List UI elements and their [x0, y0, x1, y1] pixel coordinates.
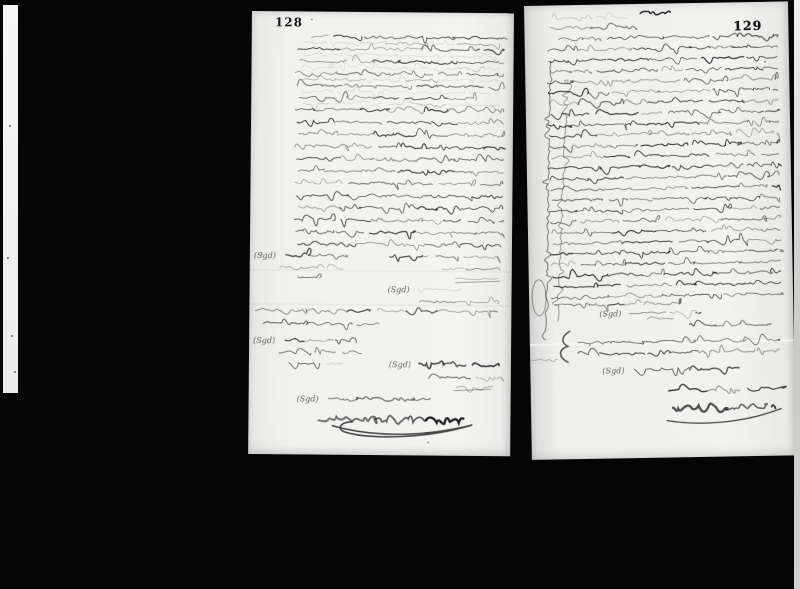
handwriting-stroke	[641, 112, 662, 115]
handwriting-stroke	[286, 248, 311, 257]
handwriting-stroke	[419, 301, 455, 303]
handwriting-stroke	[309, 254, 348, 259]
handwriting-stroke	[454, 171, 471, 173]
handwriting-stroke	[554, 283, 598, 288]
handwriting-stroke	[295, 108, 315, 110]
handwriting-stroke	[442, 268, 468, 270]
handwriting-stroke	[297, 157, 340, 161]
handwriting-stroke	[499, 220, 503, 221]
handwriting-stroke	[382, 71, 433, 78]
handwriting-stroke	[294, 214, 335, 226]
handwriting-stroke	[451, 232, 477, 235]
handwriting-stroke	[684, 76, 728, 84]
handwriting-stroke	[595, 12, 628, 19]
handwriting-stroke	[429, 374, 470, 379]
handwriting-stroke	[327, 363, 343, 364]
handwriting-stroke	[461, 243, 501, 249]
handwriting-stroke	[728, 171, 770, 180]
handwriting-stroke	[656, 228, 706, 233]
handwriting-stroke	[437, 85, 465, 87]
handwriting-stroke	[371, 218, 422, 222]
handwriting-stroke	[639, 164, 669, 168]
handwriting-stroke	[413, 36, 455, 44]
handwriting-stroke	[373, 60, 400, 63]
handwriting-stroke	[377, 308, 407, 312]
handwriting-stroke	[588, 91, 609, 98]
sgd-token: (Sgd)	[388, 285, 410, 294]
handwriting-stroke	[315, 348, 335, 354]
film-streak	[249, 303, 511, 307]
handwriting-stroke	[333, 35, 361, 41]
handwriting-stroke	[653, 197, 707, 204]
handwriting-stroke	[597, 130, 652, 136]
handwriting-stroke	[422, 45, 480, 52]
handwriting-stroke	[709, 100, 744, 104]
handwriting-stroke	[623, 208, 649, 212]
adjacent-page-edge	[3, 5, 18, 393]
handwriting-stroke	[740, 320, 771, 326]
handwriting-stroke	[298, 205, 341, 211]
handwriting-stroke	[628, 251, 671, 258]
handwriting-stroke	[394, 159, 417, 161]
handwriting-stroke	[422, 220, 444, 225]
handwriting-stroke	[572, 250, 627, 255]
handwriting-stroke	[664, 268, 717, 277]
handwriting-stroke	[744, 334, 781, 345]
handwriting-stroke	[329, 397, 358, 401]
dust-speck	[14, 371, 16, 373]
handwriting-stroke	[605, 188, 631, 190]
handwriting-stroke	[364, 75, 405, 83]
handwriting-stroke	[303, 90, 333, 93]
handwriting-stroke	[684, 173, 726, 180]
handwriting-stroke	[588, 177, 624, 184]
handwriting-stroke	[578, 98, 623, 109]
handwriting-stroke	[608, 273, 642, 277]
record-page-left: 128 (Sgd) (Sgd) (Sgd) (Sgd) (Sgd)	[248, 11, 514, 456]
handwriting-stroke	[576, 207, 601, 212]
handwriting-stroke	[357, 397, 415, 402]
handwriting-stroke	[343, 351, 362, 354]
handwriting-stroke	[401, 143, 426, 149]
ink-speck	[764, 61, 766, 63]
handwriting-stroke	[559, 37, 583, 41]
handwriting-stroke	[597, 69, 623, 73]
flourish-loop	[532, 280, 547, 316]
handwriting-stroke	[472, 195, 502, 198]
handwriting-stroke	[352, 55, 375, 63]
handwriting-stroke	[713, 87, 770, 97]
handwriting-stroke	[772, 405, 776, 409]
handwriting-stroke	[300, 60, 347, 63]
handwriting-stroke	[478, 232, 504, 238]
handwriting-stroke	[413, 232, 452, 238]
handwriting-stroke	[780, 250, 783, 252]
handwriting-stroke	[312, 35, 329, 38]
handwriting-stroke	[304, 339, 333, 342]
handwriting-stroke	[374, 131, 416, 136]
handwriting-stroke	[686, 67, 722, 73]
handwriting-stroke	[631, 186, 688, 190]
handwriting-stroke	[495, 92, 500, 94]
handwriting-stroke	[448, 109, 464, 113]
ink-speck	[427, 442, 429, 444]
handwriting-stroke	[551, 220, 576, 226]
dust-speck	[11, 335, 13, 337]
handwriting-stroke	[297, 118, 334, 127]
handwriting-stroke	[360, 109, 389, 112]
handwriting-stroke	[740, 260, 781, 263]
handwriting-stroke	[375, 47, 423, 51]
handwriting-stroke	[552, 151, 604, 159]
ink-speck	[261, 253, 263, 255]
handwriting-stroke	[390, 255, 423, 262]
handwriting-stroke	[573, 303, 590, 308]
handwriting-stroke	[772, 185, 780, 190]
handwriting-stroke	[459, 67, 485, 72]
handwriting-stroke	[773, 89, 777, 90]
handwriting-stroke	[399, 60, 457, 64]
handwriting-stroke	[730, 206, 757, 210]
handwriting-stroke	[549, 166, 602, 172]
handwriting-stroke	[414, 398, 431, 400]
handwriting-stroke	[364, 36, 412, 39]
handwriting-stroke	[705, 196, 760, 201]
handwriting-stroke	[714, 268, 773, 274]
handwriting-stroke	[448, 133, 503, 137]
handwriting-stroke	[611, 144, 638, 148]
film-edge-strip	[794, 0, 800, 589]
handwriting-stroke	[461, 205, 502, 212]
handwriting-stroke	[549, 129, 597, 138]
handwriting-stroke	[439, 88, 491, 94]
handwriting-stroke	[456, 301, 488, 305]
handwriting-stroke	[423, 195, 472, 201]
handwriting-stroke	[346, 143, 372, 148]
handwriting-stroke	[713, 163, 743, 169]
handwriting-stroke	[570, 120, 626, 131]
handwriting-stroke	[499, 63, 503, 64]
handwriting-stroke	[349, 182, 399, 190]
handwriting-stroke	[681, 154, 709, 157]
handwriting-stroke	[581, 219, 619, 223]
handwriting-stroke	[670, 311, 697, 319]
handwriting-stroke	[741, 292, 778, 295]
handwriting-stroke	[711, 224, 761, 231]
handwriting-stroke	[692, 139, 741, 146]
handwriting-stroke	[662, 294, 689, 297]
handwriting-stroke	[467, 268, 500, 271]
handwriting-stroke	[769, 121, 778, 123]
handwriting-stroke	[488, 82, 504, 90]
handwriting-stroke	[630, 198, 652, 201]
handwriting-stroke	[658, 89, 710, 93]
handwriting-stroke	[336, 231, 364, 237]
handwriting-stroke	[732, 45, 758, 48]
handwriting-stroke	[725, 67, 763, 70]
handwriting-stroke	[672, 165, 712, 171]
handwriting-stroke	[747, 239, 777, 245]
handwriting-stroke	[456, 278, 499, 280]
handwriting-stroke	[467, 73, 498, 76]
handwriting-stroke	[692, 185, 739, 188]
handwriting-stroke	[465, 106, 504, 113]
handwriting-stroke	[358, 51, 398, 56]
handwriting-stroke	[376, 158, 394, 161]
handwriting-stroke	[716, 150, 755, 156]
handwriting-stroke	[348, 194, 391, 200]
handwriting-stroke	[418, 289, 461, 293]
handwriting-stroke	[668, 109, 721, 119]
handwriting-stroke	[626, 121, 649, 126]
handwriting-stroke	[602, 210, 623, 215]
handwriting-stroke	[443, 362, 466, 367]
handwriting-stroke	[708, 386, 740, 394]
handwriting-stroke	[662, 66, 683, 71]
handwriting-stroke	[298, 47, 340, 50]
handwriting-stroke	[423, 256, 428, 257]
handwriting-stroke	[633, 44, 691, 55]
handwriting-stroke	[721, 216, 766, 222]
handwriting-stroke	[760, 206, 779, 209]
handwriting-stroke	[600, 352, 645, 355]
handwriting-stroke	[608, 58, 648, 61]
handwriting-stroke	[457, 61, 499, 64]
handwriting-stroke	[690, 365, 739, 374]
handwriting-stroke	[750, 249, 778, 252]
handwriting-stroke	[306, 309, 347, 314]
handwriting-stroke	[406, 244, 424, 250]
handwriting-stroke	[665, 216, 722, 223]
handwriting-stroke	[532, 359, 557, 362]
handwriting-stroke	[334, 121, 381, 124]
handwriting-stroke	[696, 312, 701, 313]
handwriting-stroke	[419, 104, 446, 108]
handwriting-stroke	[762, 154, 779, 156]
handwriting-stroke	[690, 46, 710, 49]
handwriting-stroke	[689, 294, 721, 300]
handwriting-stroke	[747, 162, 781, 169]
handwriting-stroke	[464, 256, 499, 259]
sgd-token: (Sgd)	[297, 394, 319, 403]
handwriting-stroke	[375, 416, 427, 425]
handwriting-stroke	[604, 155, 630, 158]
handwriting-stroke	[600, 165, 641, 174]
handwriting-stroke	[738, 140, 777, 146]
handwriting-stroke	[551, 109, 589, 120]
handwriting-stroke	[550, 146, 572, 152]
handwriting-stroke	[552, 13, 592, 21]
handwriting-stroke	[304, 51, 358, 58]
handwriting-stroke	[550, 176, 588, 182]
handwriting-stroke	[710, 46, 735, 49]
dust-speck	[9, 125, 11, 127]
handwriting-stroke	[417, 155, 454, 163]
handwriting-stroke	[649, 130, 689, 135]
handwriting-stroke	[650, 122, 699, 128]
sgd-token: (Sgd)	[254, 251, 276, 260]
handwriting-stroke	[383, 89, 439, 94]
handwriting-stroke	[347, 96, 373, 100]
handwriting-stroke	[416, 129, 447, 139]
handwriting-stroke	[406, 79, 438, 83]
handwriting-stroke	[427, 40, 454, 45]
handwriting-stroke	[612, 90, 660, 97]
handwriting-stroke	[476, 377, 504, 381]
handwriting-stroke	[314, 108, 363, 112]
handwriting-stroke	[405, 95, 447, 100]
handwriting-stroke	[457, 43, 500, 49]
sgd-token: (Sgd)	[602, 366, 624, 375]
handwriting-stroke	[373, 63, 427, 71]
handwriting-stroke	[634, 150, 663, 156]
handwriting-stroke	[777, 140, 780, 144]
handwriting-stroke	[578, 348, 599, 355]
handwriting-stroke	[280, 264, 324, 270]
handwriting-stroke	[379, 143, 401, 148]
handwriting-stroke	[426, 417, 464, 424]
handwriting-stroke	[303, 63, 333, 70]
handwriting-stroke	[723, 293, 740, 296]
handwriting-stroke	[550, 26, 592, 30]
handwriting-stroke	[369, 231, 415, 239]
handwriting-stroke	[299, 165, 325, 171]
handwriting-stroke	[387, 121, 431, 124]
handwriting-stroke	[694, 261, 742, 264]
handwriting-stroke	[730, 74, 776, 80]
handwriting-stroke	[736, 127, 774, 137]
handwriting-stroke	[296, 191, 348, 200]
handwriting-stroke	[295, 71, 337, 76]
handwriting-stroke	[691, 130, 731, 137]
handwriting-stroke	[439, 180, 476, 186]
handwriting-stroke	[436, 256, 458, 261]
handwriting-stroke	[598, 284, 621, 286]
handwriting-stroke	[623, 241, 673, 244]
handwriting-stroke	[570, 241, 622, 245]
handwriting-stroke	[648, 350, 670, 356]
handwriting-stroke	[649, 57, 697, 64]
handwriting-stroke	[774, 35, 779, 37]
handwriting-stroke	[626, 176, 684, 179]
handwriting-stroke	[294, 178, 341, 184]
handwriting-stroke	[640, 11, 670, 15]
handwriting-stroke	[484, 68, 499, 70]
handwriting-stroke	[694, 204, 732, 213]
handwriting-stroke	[385, 42, 428, 47]
handwriting-stroke	[376, 86, 412, 90]
handwriting-stroke	[632, 79, 681, 83]
dust-speck	[7, 257, 9, 259]
handwriting-right-page: (Sgd) (Sgd)	[524, 1, 796, 460]
handwriting-stroke	[748, 117, 770, 126]
handwriting-stroke	[389, 98, 419, 105]
handwriting-stroke	[279, 348, 311, 355]
handwriting-stroke	[417, 85, 437, 88]
handwriting-stroke	[347, 309, 370, 312]
handwriting-stroke	[472, 171, 503, 176]
handwriting-stroke	[583, 37, 602, 41]
handwriting-stroke	[551, 261, 575, 266]
handwriting-stroke	[437, 310, 490, 318]
handwriting-stroke	[669, 246, 709, 255]
handwriting-stroke	[623, 216, 660, 223]
handwriting-stroke	[609, 198, 627, 206]
handwriting-stroke	[725, 404, 767, 410]
handwriting-stroke	[387, 106, 424, 113]
handwriting-stroke	[707, 233, 748, 246]
handwriting-stroke	[551, 295, 609, 300]
handwriting-stroke	[481, 80, 500, 82]
handwriting-stroke	[745, 280, 781, 285]
handwriting-stroke	[327, 264, 343, 269]
handwriting-stroke	[700, 119, 748, 125]
handwriting-stroke	[497, 257, 500, 262]
handwriting-stroke	[337, 133, 373, 136]
handwriting-stroke	[492, 105, 499, 106]
handwriting-stroke	[608, 303, 624, 305]
handwriting-stroke	[419, 361, 444, 369]
handwriting-stroke	[634, 367, 689, 376]
handwriting-stroke	[443, 78, 481, 82]
handwriting-stroke	[596, 232, 612, 233]
handwriting-stroke	[596, 109, 638, 116]
sgd-token: (Sgd)	[599, 309, 621, 318]
handwriting-stroke	[336, 78, 364, 81]
handwriting-stroke	[641, 143, 688, 147]
handwriting-stroke	[298, 241, 356, 247]
handwriting-stroke	[324, 169, 376, 172]
handwriting-stroke	[465, 86, 484, 88]
ink-speck	[311, 19, 313, 21]
handwriting-stroke	[431, 122, 457, 126]
handwriting-stroke	[709, 250, 751, 254]
handwriting-stroke	[560, 331, 570, 362]
handwriting-stroke	[345, 84, 377, 88]
handwriting-stroke	[647, 317, 673, 320]
sgd-token: (Sgd)	[253, 336, 275, 345]
handwriting-stroke	[570, 269, 608, 282]
handwriting-stroke	[763, 67, 777, 69]
handwriting-stroke	[340, 154, 374, 161]
handwriting-stroke	[398, 170, 454, 175]
handwriting-stroke	[472, 363, 498, 366]
handwriting-stroke	[757, 348, 779, 355]
handwriting-stroke	[289, 362, 320, 368]
handwriting-stroke	[673, 403, 728, 412]
handwriting-stroke	[663, 35, 709, 39]
handwriting-stroke	[699, 345, 755, 358]
handwriting-stroke	[568, 59, 606, 65]
handwriting-left-page: (Sgd) (Sgd) (Sgd) (Sgd) (Sgd)	[248, 11, 514, 456]
handwriting-stroke	[644, 301, 677, 305]
handwriting-stroke	[581, 259, 626, 266]
handwriting-stroke	[759, 194, 779, 203]
handwriting-stroke	[255, 308, 307, 314]
sgd-token: (Sgd)	[389, 360, 411, 369]
handwriting-stroke	[396, 55, 445, 58]
handwriting-stroke	[444, 219, 461, 222]
handwriting-stroke	[716, 321, 740, 326]
handwriting-stroke	[642, 269, 664, 277]
handwriting-stroke	[679, 240, 708, 243]
handwriting-stroke	[669, 384, 708, 392]
handwriting-stroke	[676, 280, 696, 285]
handwriting-stroke	[406, 308, 437, 315]
handwriting-stroke	[777, 133, 780, 140]
microfilm-frame: 128 (Sgd) (Sgd) (Sgd) (Sgd) (Sgd) 129 (S…	[0, 0, 800, 589]
handwriting-stroke	[489, 119, 503, 124]
